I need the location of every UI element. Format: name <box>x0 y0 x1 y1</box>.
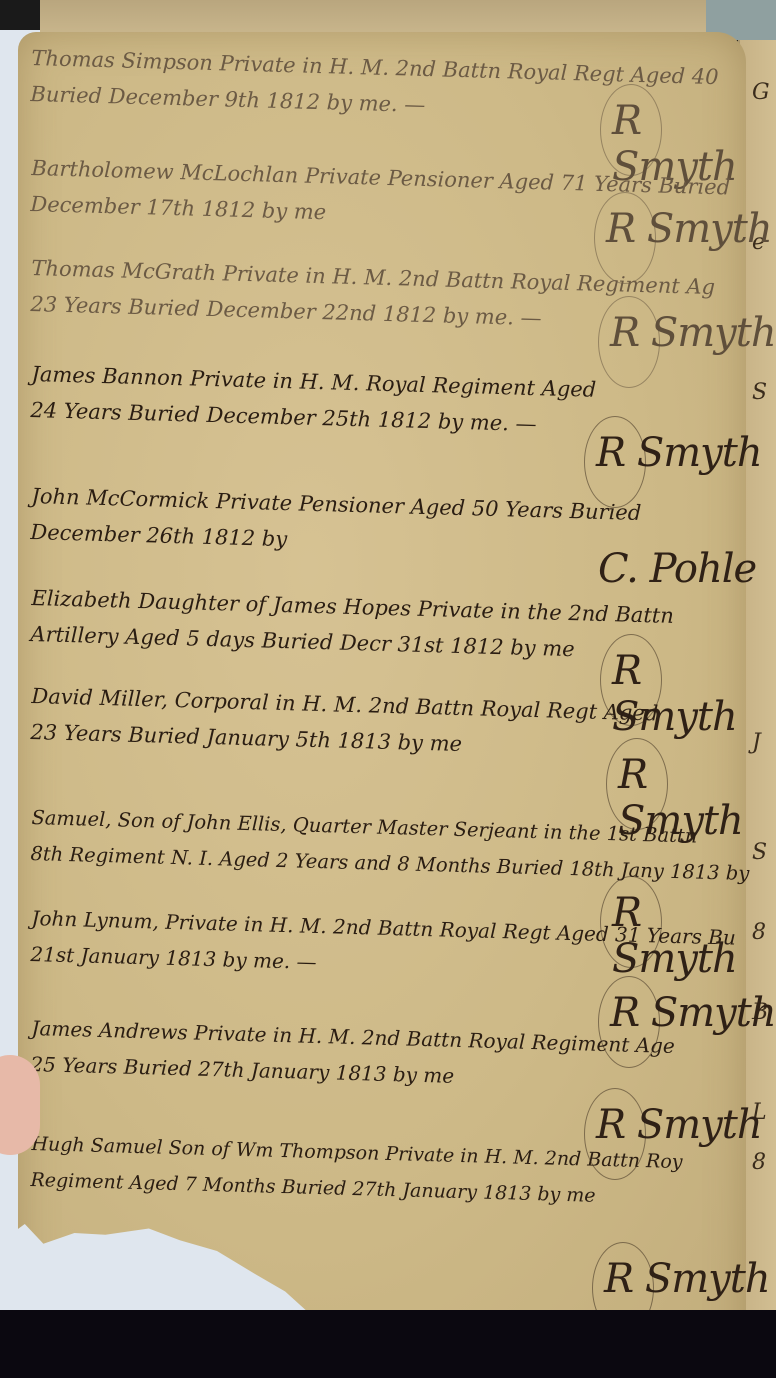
adjacent-glyph: 8 <box>752 1150 766 1175</box>
signature: R Smyth <box>606 206 772 252</box>
holding-finger <box>0 1055 40 1155</box>
adjacent-glyph: S <box>752 380 767 405</box>
signature: R Smyth <box>596 430 762 476</box>
signature: R Smyth <box>596 1102 762 1148</box>
signature-flourish <box>600 84 662 176</box>
signature: R Smyth <box>604 1256 770 1302</box>
signature-text: C. Pohle <box>598 546 756 592</box>
dark-surface <box>0 1310 776 1378</box>
signature: C. Pohle <box>598 546 756 592</box>
signature: R Smyth <box>610 310 776 356</box>
